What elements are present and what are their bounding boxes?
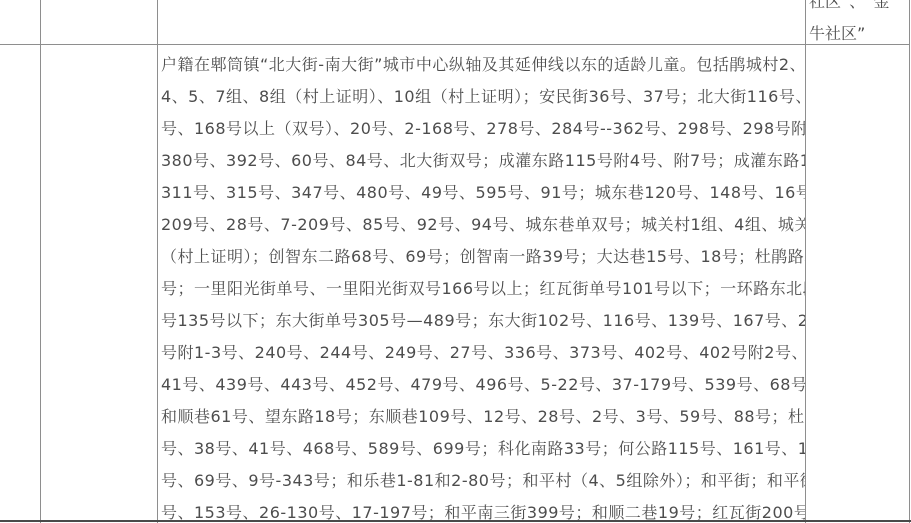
zone-text-line: 号、69号、9号-343号；和乐巷1-81和2-80号；和平村（4、5组除外）；… [161,465,805,497]
zone-text-line: 号、38号、41号、468号、589号、699号；科化南路33号；何公路115号… [161,433,805,465]
community-line: 牛社区” [809,18,890,45]
zone-text-line: 209号、28号、7-209号、85号、92号、94号、城东巷单双号；城关村1组… [161,209,805,241]
zone-text-line: 号、168号以上（双号）、20号、2-168号、278号、284号--362号、… [161,113,805,145]
zone-text-line: 41号、439号、443号、452号、479号、496号、5-22号、37-17… [161,369,805,401]
zone-description-text: 户籍在郫筒镇“北大街-南大街”城市中心纵轴及其延伸线以东的适龄儿童。包括鹃城村2… [158,45,805,523]
header-cell-index [0,0,41,45]
zone-text-line: 380号、392号、60号、84号、北大街双号；成灌东路115号附4号、附7号；… [161,145,805,177]
zone-description-cell: 户籍在郫筒镇“北大街-南大街”城市中心纵轴及其延伸线以东的适龄儿童。包括鹃城村2… [158,45,806,523]
enrollment-zone-table-fragment: 社区”、“金 牛社区” 户籍在郫筒镇“北大街-南大街”城市中心纵轴及其延伸线以东… [0,0,911,523]
body-cell-school [41,45,158,523]
zone-text-line: 号；一里阳光街单号、一里阳光街双号166号以上；红瓦街单号101号以下；一环路东… [161,273,805,305]
community-line-partial: 社区”、“金 [809,0,890,18]
zone-text-line: 311号、315号、347号、480号、49号、595号、91号；城东巷120号… [161,177,805,209]
zone-text-line: 4、5、7组、8组（村上证明）、10组（村上证明）；安民街36号、37号；北大街… [161,81,805,113]
zone-text-line: 户籍在郫筒镇“北大街-南大街”城市中心纵轴及其延伸线以东的适龄儿童。包括鹃城村2… [161,49,805,81]
zone-text-line: 和顺巷61号、望东路18号；东顺巷109号、12号、28号、2号、3号、59号、… [161,401,805,433]
header-cell-school [41,0,158,45]
zone-text-line: 号附1-3号、240号、244号、249号、27号、336号、373号、402号… [161,337,805,369]
zone-text-line: 号135号以下；东大街单号305号—489号；东大街102号、116号、139号… [161,305,805,337]
community-cell-text: 社区”、“金 牛社区” [809,0,890,45]
body-cell-index [0,45,41,523]
body-cell-community [806,45,910,523]
header-cell-zone [158,0,806,45]
zone-text-line: （村上证明）；创智东二路68号、69号；创智南一路39号；大达巷15号、18号；… [161,241,805,273]
page-bottom-rule [0,520,911,522]
header-cell-community: 社区”、“金 牛社区” [806,0,910,45]
